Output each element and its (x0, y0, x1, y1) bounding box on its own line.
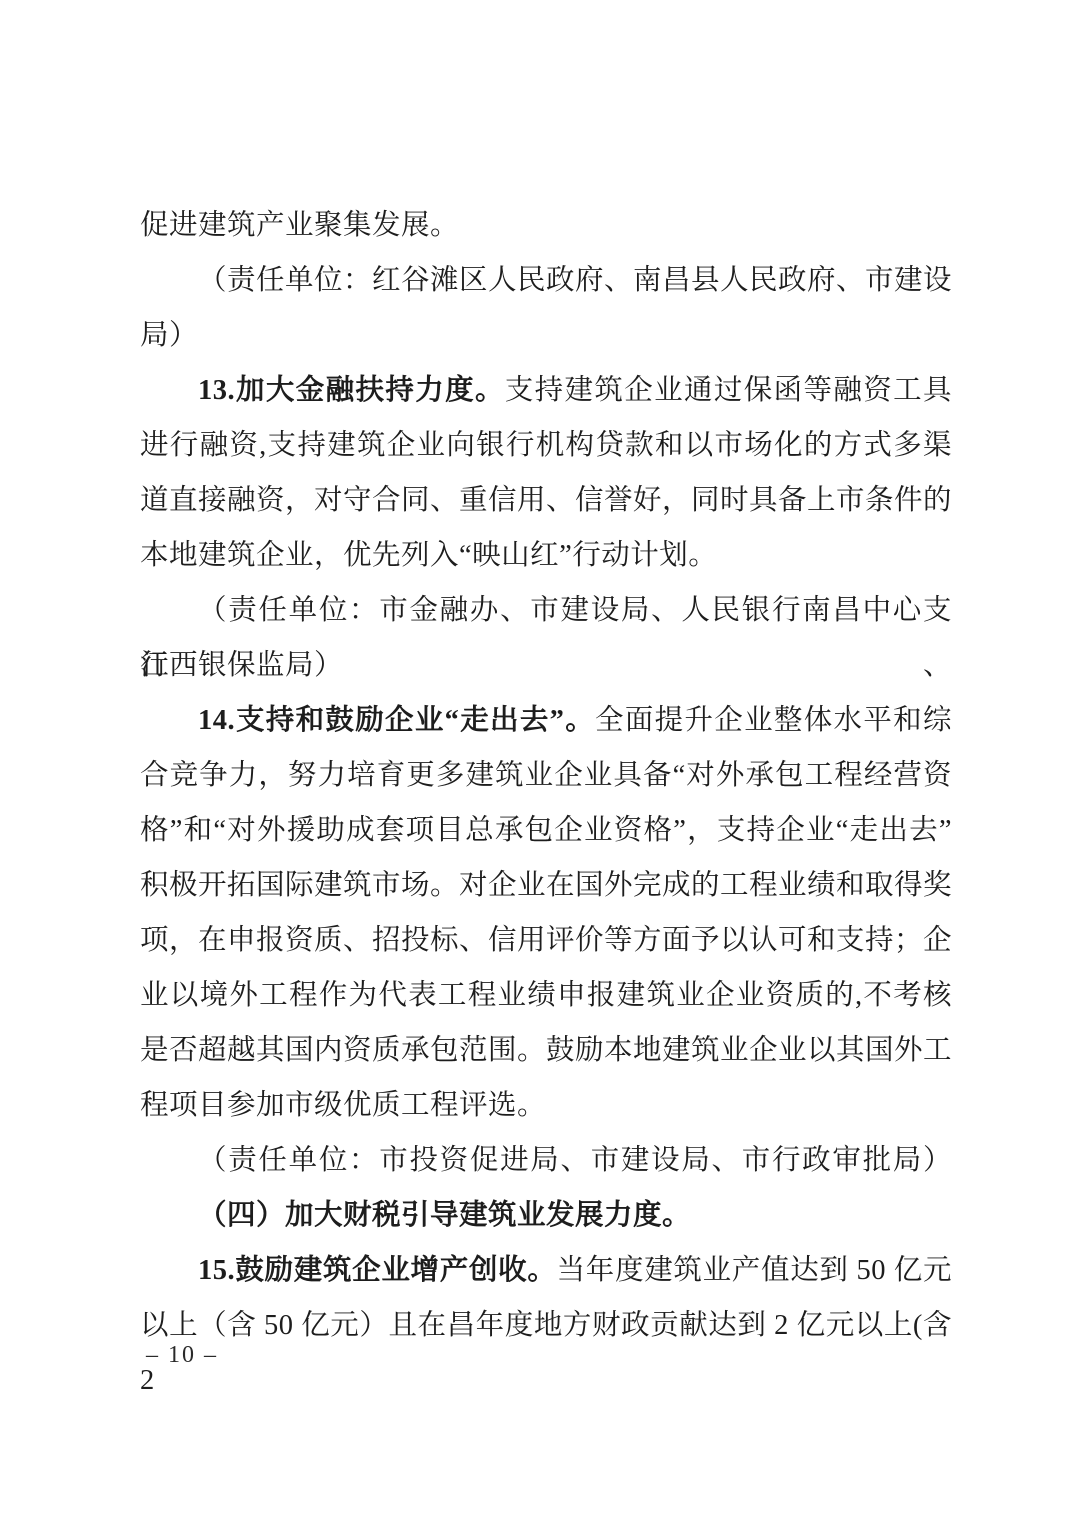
responsibility-unit-line: （责任单位：红谷滩区人民政府、南昌县人民政府、市建设 (140, 253, 952, 308)
text-run: 格”和“对外援助成套项目总承包企业资格”，支持企业“走出去” (140, 815, 952, 846)
document-body: 促进建筑产业聚集发展。 （责任单位：红谷滩区人民政府、南昌县人民政府、市建设 局… (140, 198, 952, 1353)
text-run-bold: 15.鼓励建筑企业增产创收。 (198, 1255, 557, 1286)
text-run: 全面提升企业整体水平和综 (595, 705, 952, 736)
text-line: 进行融资,支持建筑企业向银行机构贷款和以市场化的方式多渠 (140, 418, 952, 473)
text-line: 本地建筑企业，优先列入“映山红”行动计划。 (140, 528, 952, 583)
text-run-bold: 14.支持和鼓励企业“走出去”。 (198, 705, 595, 736)
text-run: 支持建筑企业通过保函等融资工具 (505, 375, 952, 406)
responsibility-unit-line: （责任单位：市金融办、市建设局、人民银行南昌中心支行、 (140, 583, 952, 638)
text-line: 积极开拓国际建筑市场。对企业在国外完成的工程业绩和取得奖 (140, 858, 952, 913)
text-run: 项，在申报资质、招投标、信用评价等方面予以认可和支持；企 (140, 925, 952, 956)
paragraph-continuation-line: 促进建筑产业聚集发展。 (140, 198, 952, 253)
text-run: 积极开拓国际建筑市场。对企业在国外完成的工程业绩和取得奖 (140, 870, 952, 901)
text-run: 是否超越其国内资质承包范围。鼓励本地建筑业企业以其国外工 (140, 1035, 952, 1066)
text-line: 道直接融资，对守合同、重信用、信誉好，同时具备上市条件的 (140, 473, 952, 528)
text-run: 当年度建筑业产值达到 50 亿元 (557, 1255, 952, 1286)
item-14-heading-line: 14.支持和鼓励企业“走出去”。全面提升企业整体水平和综 (140, 693, 952, 748)
text-line: 合竞争力，努力培育更多建筑业企业具备“对外承包工程经营资 (140, 748, 952, 803)
text-line: 格”和“对外援助成套项目总承包企业资格”，支持企业“走出去” (140, 803, 952, 858)
text-run: 以上（含 50 亿元）且在昌年度地方财政贡献达到 2 亿元以上(含 2 (140, 1310, 952, 1396)
page-number: – 10 – (146, 1338, 218, 1372)
text-run: （责任单位：红谷滩区人民政府、南昌县人民政府、市建设 (198, 265, 952, 296)
text-run: 江西银保监局） (140, 650, 343, 681)
item-15-heading-line: 15.鼓励建筑企业增产创收。当年度建筑业产值达到 50 亿元 (140, 1243, 952, 1298)
item-13-heading-line: 13.加大金融扶持力度。支持建筑企业通过保函等融资工具 (140, 363, 952, 418)
section-4-heading-line: （四）加大财税引导建筑业发展力度。 (140, 1188, 952, 1243)
text-line: 程项目参加市级优质工程评选。 (140, 1078, 952, 1133)
text-run: （责任单位：市投资促进局、市建设局、市行政审批局） (198, 1145, 952, 1176)
responsibility-unit-line: 局） (140, 308, 952, 363)
text-run: 促进建筑产业聚集发展。 (140, 210, 459, 241)
text-run: 局） (140, 320, 198, 351)
responsibility-unit-line: （责任单位：市投资促进局、市建设局、市行政审批局） (140, 1133, 952, 1188)
text-run: 程项目参加市级优质工程评选。 (140, 1090, 546, 1121)
text-line: 以上（含 50 亿元）且在昌年度地方财政贡献达到 2 亿元以上(含 2 (140, 1298, 952, 1353)
text-line: 项，在申报资质、招投标、信用评价等方面予以认可和支持；企 (140, 913, 952, 968)
text-run: 道直接融资，对守合同、重信用、信誉好，同时具备上市条件的 (140, 485, 952, 516)
text-run-bold: 13.加大金融扶持力度。 (198, 375, 505, 406)
text-line: 业以境外工程作为代表工程业绩申报建筑业企业资质的,不考核 (140, 968, 952, 1023)
text-run: 本地建筑企业，优先列入“映山红”行动计划。 (140, 540, 717, 571)
text-line: 是否超越其国内资质承包范围。鼓励本地建筑业企业以其国外工 (140, 1023, 952, 1078)
text-run-bold: （四）加大财税引导建筑业发展力度。 (198, 1200, 691, 1231)
text-run: 合竞争力，努力培育更多建筑业企业具备“对外承包工程经营资 (140, 760, 952, 791)
text-run: 进行融资,支持建筑企业向银行机构贷款和以市场化的方式多渠 (140, 430, 952, 461)
text-run: 业以境外工程作为代表工程业绩申报建筑业企业资质的,不考核 (140, 980, 952, 1011)
document-page: 促进建筑产业聚集发展。 （责任单位：红谷滩区人民政府、南昌县人民政府、市建设 局… (0, 0, 1080, 1527)
